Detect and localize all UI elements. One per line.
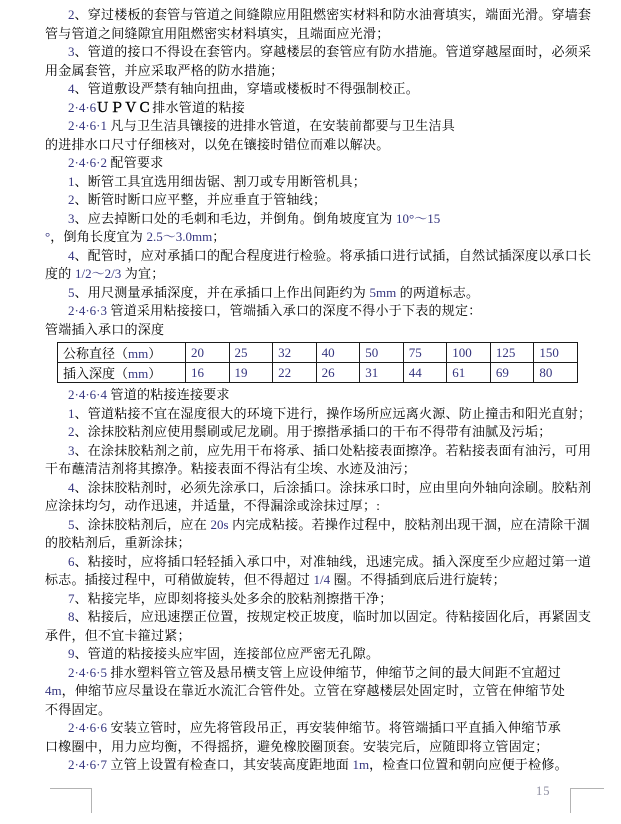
text-line: 7、粘接完毕，应即刻将接头处多余的胶粘剂擦揩干净； bbox=[45, 590, 579, 609]
text-line: 管端插入承口的深度 bbox=[45, 321, 579, 340]
table-cell: 20 bbox=[186, 343, 230, 363]
text-line: 2、断管时断口应平整，并应垂直于管轴线； bbox=[45, 191, 579, 210]
page-number: 15 bbox=[536, 784, 560, 799]
table-cell: 16 bbox=[186, 363, 230, 383]
table-cell: 插入深度（mm） bbox=[58, 363, 186, 383]
text-line: 2·4·6·6 安装立管时，应先将管段吊正，再安装伸缩节。将管端插口平直插入伸缩… bbox=[45, 719, 579, 738]
text-line: 2·4·6·7 立管上设置有检查口，其安装高度距地面 1m，检查口位置和朝向应便… bbox=[45, 756, 579, 775]
table-cell: 150 bbox=[534, 343, 578, 363]
text-line: 2·4·6·3 管道采用粘接接口，管端插入承口的深度不得小于下表的规定： bbox=[45, 302, 579, 321]
text-line: 1、管道粘接不宜在湿度很大的环境下进行，操作场所应远离火源、防止撞击和阳光直射； bbox=[45, 405, 579, 424]
text-line: 2·4·6·1 凡与卫生洁具镶接的进排水管道，在安装前都要与卫生洁具 bbox=[45, 117, 579, 136]
table-cell: 26 bbox=[316, 363, 360, 383]
pipe-insertion-depth-table: 公称直径（mm）202532405075100125150插入深度（mm）161… bbox=[57, 342, 578, 383]
table-cell: 75 bbox=[403, 343, 447, 363]
text-line: 9、管道的粘接接头应牢固，连接部位应严密无孔隙。 bbox=[45, 645, 579, 664]
table-cell: 31 bbox=[360, 363, 404, 383]
text-line: 承件，但不宜卡箍过紧； bbox=[45, 627, 579, 646]
text-line: 应涂抹均匀，动作迅速，并适量，不得漏涂或涂抹过厚；: bbox=[45, 497, 579, 516]
text-line: 2、涂抹胶粘剂应使用鬃刷或尼龙刷。用于擦揩承插口的干布不得带有油腻及污垢； bbox=[45, 423, 579, 442]
text-line: 2、穿过楼板的套管与管道之间缝隙应用阻燃密实材料和防水油膏填实，端面光滑。穿墙套 bbox=[45, 6, 579, 25]
text-line: 用金属套管，并应采取严格的防水措施； bbox=[45, 62, 579, 81]
text-line: 度的 1/2～2/3 为宜； bbox=[45, 265, 579, 284]
footer-crop-mark-left bbox=[50, 788, 92, 813]
table-cell: 19 bbox=[229, 363, 273, 383]
text-line: 5、涂抹胶粘剂后，应在 20s 内完成粘接。若操作过程中，胶粘剂出现干涸，应在清… bbox=[45, 516, 579, 535]
text-line: 的进排水口尺寸仔细核对，以免在镶接时错位而难以解决。 bbox=[45, 136, 579, 155]
text-line: 2·4·6·2 配管要求 bbox=[45, 154, 579, 173]
text-line: 2·4·6ＵＰＶＣ排水管道的粘接 bbox=[45, 99, 579, 118]
text-line: 5、用尺测量承插深度，并在承插口上作出间距约为 5mm 的两道标志。 bbox=[45, 284, 579, 303]
table-cell: 公称直径（mm） bbox=[58, 343, 186, 363]
text-line: 3、在涂抹胶粘剂之前，应先用干布将承、插口处粘接表面擦净。若粘接表面有油污，可用 bbox=[45, 442, 579, 461]
table-cell: 40 bbox=[316, 343, 360, 363]
table-cell: 32 bbox=[273, 343, 317, 363]
text-line: 4、配管时，应对承插口的配合程度进行检验。将承插口进行试插，自然试插深度以承口长 bbox=[45, 247, 579, 266]
text-block-bottom: 2·4·6·4 管道的粘接连接要求1、管道粘接不宜在湿度很大的环境下进行，操作场… bbox=[45, 386, 579, 775]
text-line: 6、粘接时，应将插口轻轻插入承口中，对准轴线，迅速完成。插入深度至少应超过第一道 bbox=[45, 553, 579, 572]
document-page: 2、穿过楼板的套管与管道之间缝隙应用阻燃密实材料和防水油膏填实，端面光滑。穿墙套… bbox=[0, 0, 621, 824]
table-cell: 50 bbox=[360, 343, 404, 363]
text-line: 不得固定。 bbox=[45, 701, 579, 720]
table-cell: 44 bbox=[403, 363, 447, 383]
text-block-top: 2、穿过楼板的套管与管道之间缝隙应用阻燃密实材料和防水油膏填实，端面光滑。穿墙套… bbox=[45, 6, 579, 339]
text-line: 4m，伸缩节应尽量设在靠近水流汇合管件处。立管在穿越楼层处固定时，立管在伸缩节处 bbox=[45, 682, 579, 701]
table-cell: 25 bbox=[229, 343, 273, 363]
table-cell: 69 bbox=[490, 363, 534, 383]
text-line: 2·4·6·5 排水塑料管立管及悬吊横支管上应设伸缩节，伸缩节之间的最大间距不宜… bbox=[45, 664, 579, 683]
document-body: 2、穿过楼板的套管与管道之间缝隙应用阻燃密实材料和防水油膏填实，端面光滑。穿墙套… bbox=[45, 6, 579, 775]
text-line: 3、管道的接口不得设在套管内。穿越楼层的套管应有防水措施。管道穿越屋面时，必须采 bbox=[45, 43, 579, 62]
text-line: 2·4·6·4 管道的粘接连接要求 bbox=[45, 386, 579, 405]
table-cell: 80 bbox=[534, 363, 578, 383]
text-line: 标志。插接过程中，可稍做旋转，但不得超过 1/4 圈。不得插到底后进行旋转； bbox=[45, 571, 579, 590]
text-line: 干布蘸清洁剂将其擦净。粘接表面不得沾有尘埃、水迹及油污； bbox=[45, 460, 579, 479]
text-line: 8、粘接后，应迅速摆正位置，按规定校正坡度，临时加以固定。待粘接固化后，再紧固支 bbox=[45, 608, 579, 627]
text-line: 4、涂抹胶粘剂时，必须先涂承口，后涂插口。涂抹承口时，应由里向外轴向涂刷。胶粘剂 bbox=[45, 479, 579, 498]
table-cell: 100 bbox=[447, 343, 491, 363]
text-line: 3、应去掉断口处的毛刺和毛边，并倒角。倒角坡度宜为 10°～15 bbox=[45, 210, 579, 229]
table-cell: 61 bbox=[447, 363, 491, 383]
text-line: 管与管道之间缝隙宜用阻燃密实材料填实，且端面应光滑； bbox=[45, 25, 579, 44]
table-cell: 22 bbox=[273, 363, 317, 383]
table-row: 公称直径（mm）202532405075100125150 bbox=[58, 343, 578, 363]
pipe-insertion-depth-table-body: 公称直径（mm）202532405075100125150插入深度（mm）161… bbox=[58, 343, 578, 383]
text-line: °，倒角长度宜为 2.5～3.0mm； bbox=[45, 228, 579, 247]
text-line: 1、断管工具宜选用细齿锯、割刀或专用断管机具； bbox=[45, 173, 579, 192]
table-cell: 125 bbox=[490, 343, 534, 363]
footer-crop-mark-right bbox=[570, 788, 604, 813]
text-line: 口橡圈中，用力应均衡，不得摇挤，避免橡胶圈顶套。安装完后，应随即将立管固定； bbox=[45, 738, 579, 757]
text-line: 的胶粘剂后，重新涂抹； bbox=[45, 534, 579, 553]
table-row: 插入深度（mm）161922263144616980 bbox=[58, 363, 578, 383]
text-line: 4、管道敷设严禁有轴向扭曲，穿墙或楼板时不得强制校正。 bbox=[45, 80, 579, 99]
